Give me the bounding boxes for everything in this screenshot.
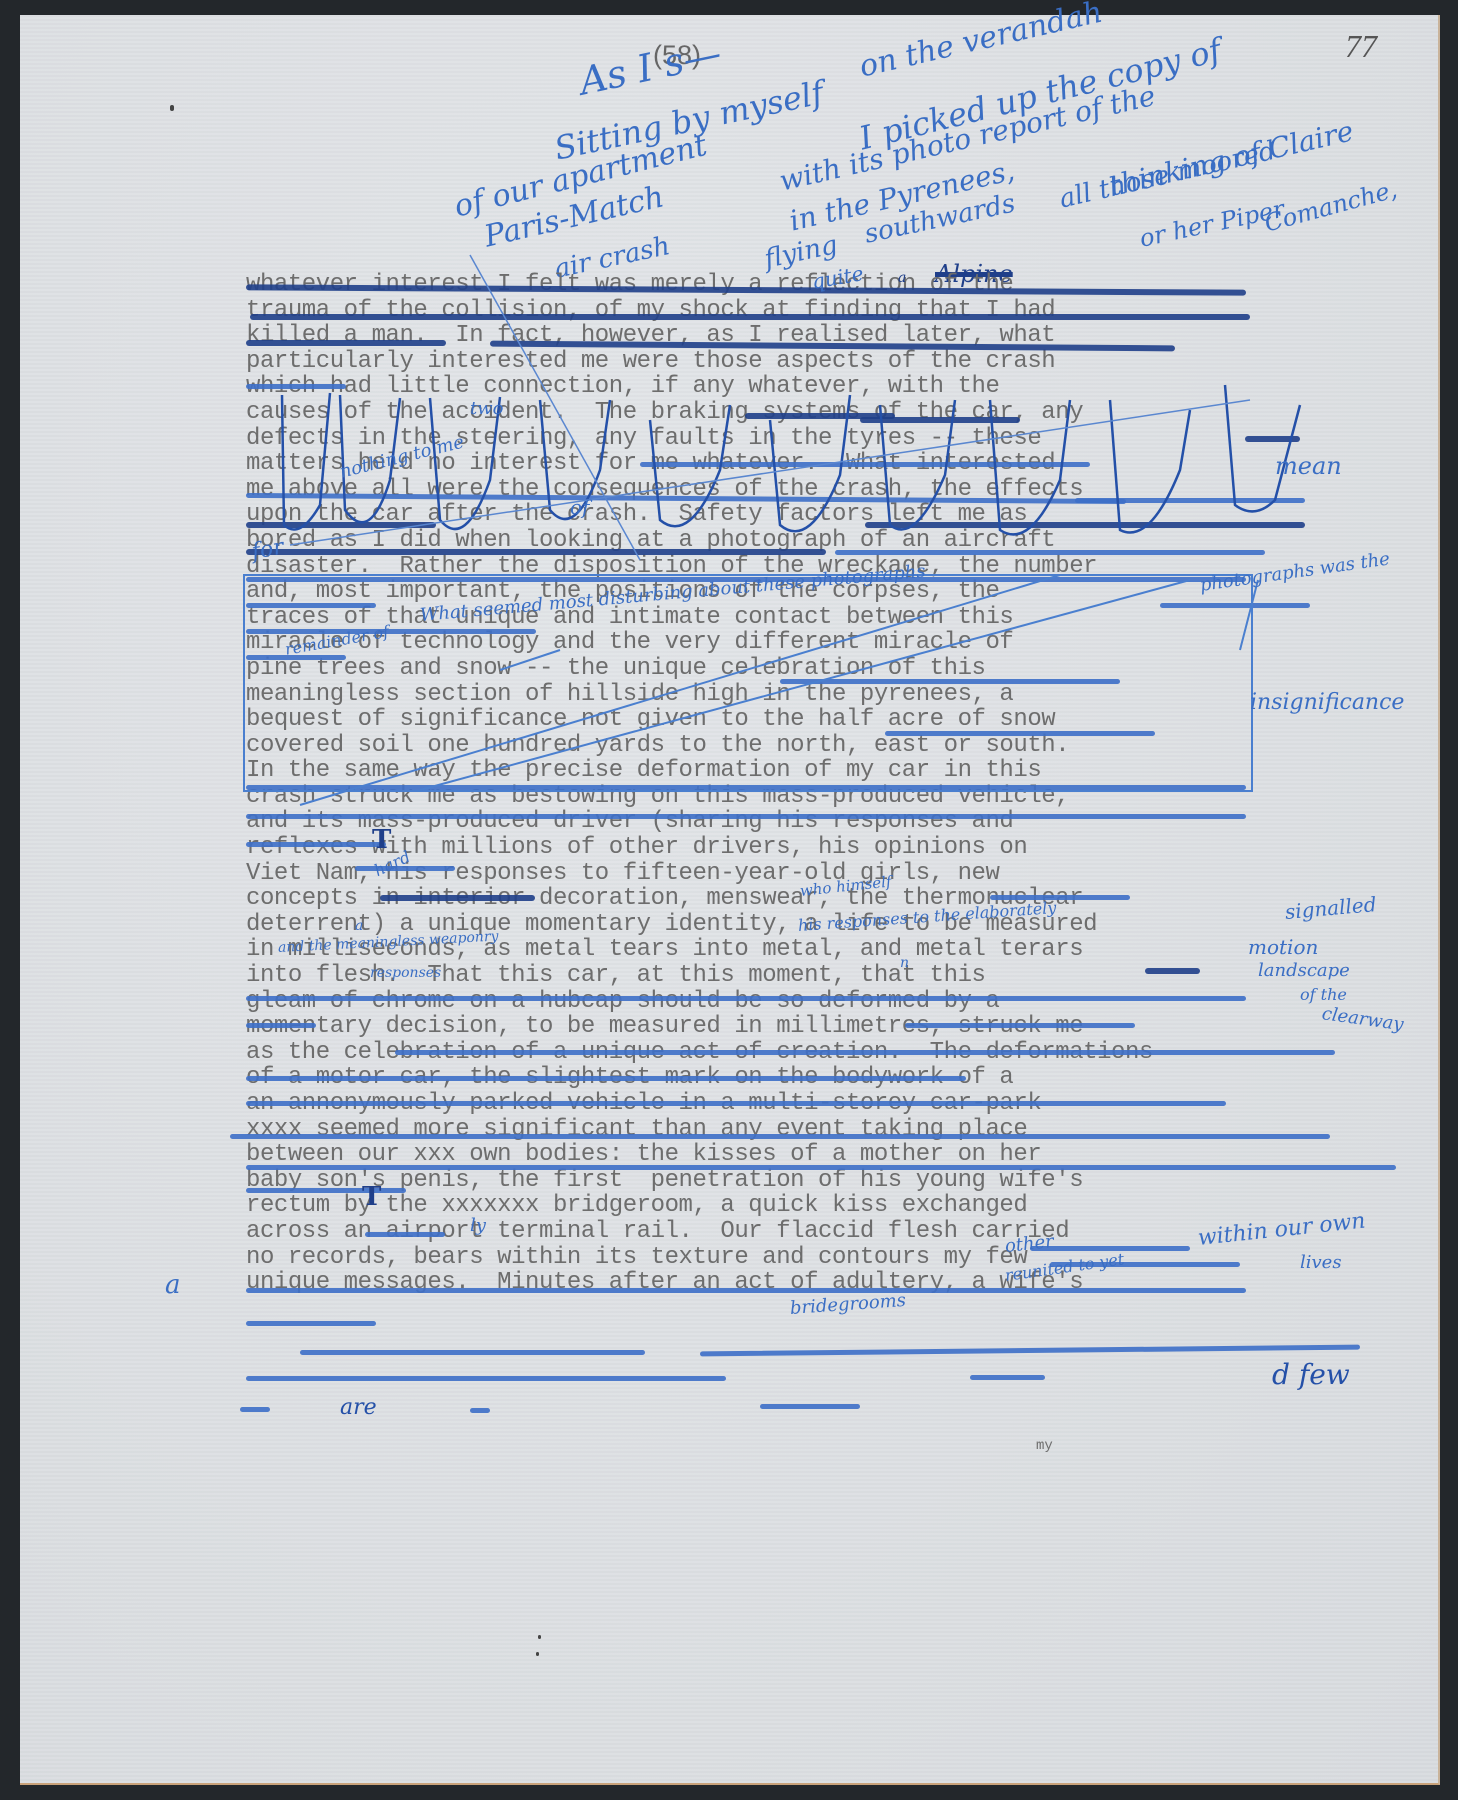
ink-speck bbox=[538, 1635, 541, 1639]
typed-line: rectum by the xxxxxxx bridgeroom, a quic… bbox=[246, 1193, 1366, 1219]
margin-note: landscape bbox=[1258, 960, 1350, 981]
inline-note: a bbox=[355, 918, 363, 934]
inline-note: n bbox=[900, 955, 909, 971]
page-number-handwritten: 77 bbox=[1345, 28, 1377, 65]
inline-note: two bbox=[470, 398, 503, 419]
typed-line: bequest of significance not given to the… bbox=[246, 707, 1366, 733]
typed-line: reflexes with millions of other drivers,… bbox=[246, 835, 1366, 861]
typed-line: particularly interested me were those as… bbox=[246, 349, 1366, 375]
typed-line: between our xxx own bodies: the kisses o… bbox=[246, 1142, 1366, 1168]
typed-line: miracle of technology and the very diffe… bbox=[246, 630, 1366, 656]
ink-speck bbox=[536, 1652, 539, 1656]
typed-line: which had little connection, if any what… bbox=[246, 374, 1366, 400]
inline-note: are bbox=[340, 1395, 377, 1420]
inline-note: of bbox=[570, 495, 589, 519]
margin-note: d few bbox=[1272, 1358, 1350, 1391]
inline-note: responses bbox=[370, 965, 441, 981]
margin-note: motion bbox=[1248, 935, 1318, 959]
margin-note: mean bbox=[1275, 452, 1342, 480]
inline-note: T bbox=[362, 1182, 381, 1212]
margin-note-left: a bbox=[165, 1270, 181, 1300]
typed-line: meaningless section of hillside high in … bbox=[246, 682, 1366, 708]
typed-line: In the same way the precise deformation … bbox=[246, 758, 1366, 784]
inline-note: my bbox=[1036, 1438, 1053, 1454]
margin-note: of the bbox=[1300, 985, 1347, 1004]
margin-note: lives bbox=[1300, 1252, 1342, 1273]
typed-line: pine trees and snow -- the unique celebr… bbox=[246, 656, 1366, 682]
inline-note: T bbox=[372, 825, 391, 855]
typed-line: momentary decision, to be measured in mi… bbox=[246, 1014, 1366, 1040]
inline-note: ly bbox=[470, 1215, 486, 1236]
ink-speck bbox=[170, 105, 174, 111]
typed-line: gleam of chrome on a hubcap should be so… bbox=[246, 989, 1366, 1015]
typed-line: traces of that unique and intimate conta… bbox=[246, 605, 1366, 631]
margin-note: insignificance bbox=[1250, 690, 1404, 715]
typed-line: covered soil one hundred yards to the no… bbox=[246, 733, 1366, 759]
inline-note: a bbox=[898, 270, 906, 286]
typed-line: baby son's penis, the first penetration … bbox=[246, 1168, 1366, 1194]
typescript-body: whatever interest I felt was merely a re… bbox=[246, 272, 1366, 1296]
